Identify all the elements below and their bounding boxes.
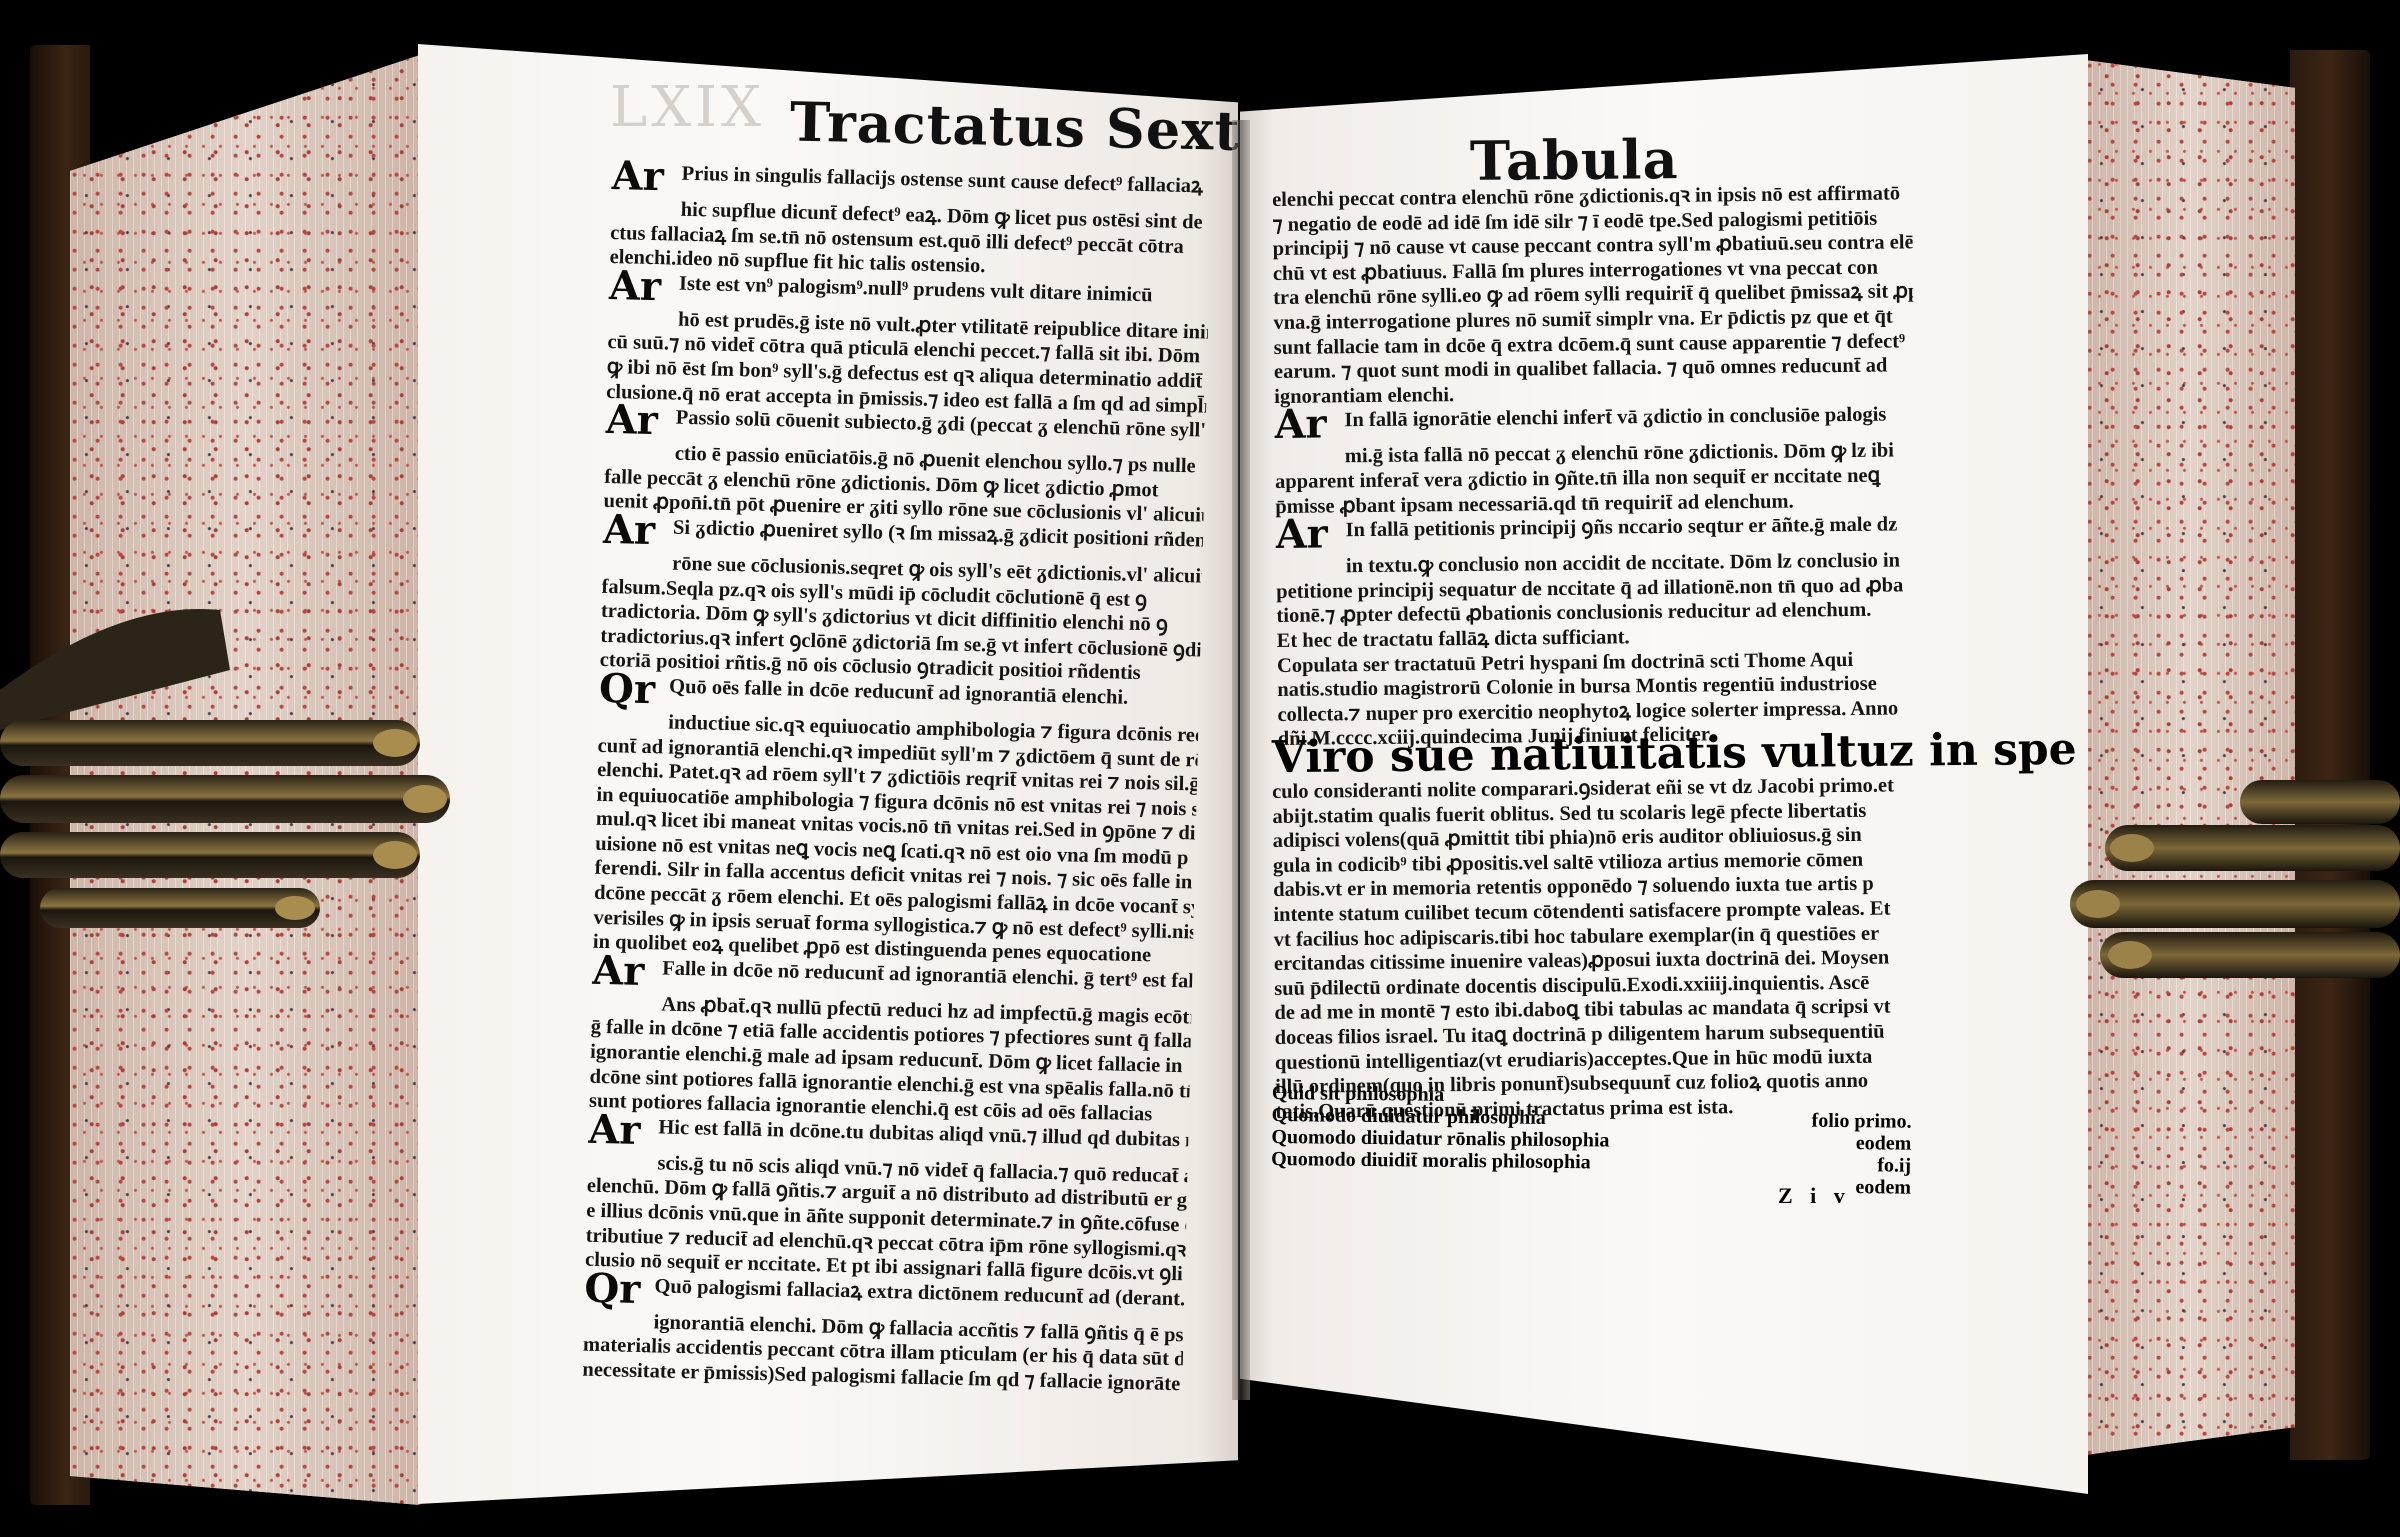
signature-mark: Z i v <box>1778 1183 1851 1209</box>
right-page-text: elenchi peccat contra elenchū rōne ᵹdict… <box>1272 181 1918 752</box>
decorated-initial: Ar <box>588 1110 659 1152</box>
toc-question: Quomodo diuidit̄ moralis philosophia <box>1271 1148 1591 1173</box>
toc-folio: fo.ij <box>1877 1154 1911 1176</box>
decorated-initial: Ar <box>608 266 679 308</box>
running-head-right: Tabula <box>1470 127 1679 193</box>
decorated-initial: Ar <box>611 160 682 198</box>
toc-folio: eodem <box>1856 1132 1912 1155</box>
book-photograph: LXIX Tractatus Sextus ArPrius in singuli… <box>0 0 2400 1537</box>
decorated-initial: Ar <box>592 951 663 993</box>
show-through-folio: LXIX <box>610 75 765 140</box>
section-heading: Viro sue natiuitatis vultuz in spe <box>1272 724 2077 783</box>
decorated-initial: Ar <box>1275 514 1345 555</box>
decorated-initial: Ar <box>602 510 673 552</box>
bronze-hand-left-icon <box>0 570 460 990</box>
decorated-initial: Qr <box>584 1268 655 1310</box>
table-of-contents: Quid sit philosophiaQuomodo diuidatur ph… <box>1271 1082 1912 1199</box>
left-page-text: ArPrius in singulis fallacijs ostense su… <box>582 160 1212 1397</box>
decorated-initial: Qr <box>599 669 670 711</box>
toc-folio: folio primo. <box>1812 1110 1912 1133</box>
toc-question: Quid sit philosophia <box>1272 1082 1445 1106</box>
preface-text: culo consideranti nolite comparari.ꝯside… <box>1272 773 1916 1124</box>
toc-question: Quomodo diuidatur philosophia <box>1272 1104 1546 1129</box>
toc-folio: eodem <box>1855 1176 1911 1199</box>
decorated-initial: Ar <box>605 400 676 442</box>
gutter-shadow <box>1232 120 1250 1400</box>
bronze-hand-right-icon <box>2060 720 2400 1020</box>
decorated-initial: Ar <box>1274 405 1344 446</box>
